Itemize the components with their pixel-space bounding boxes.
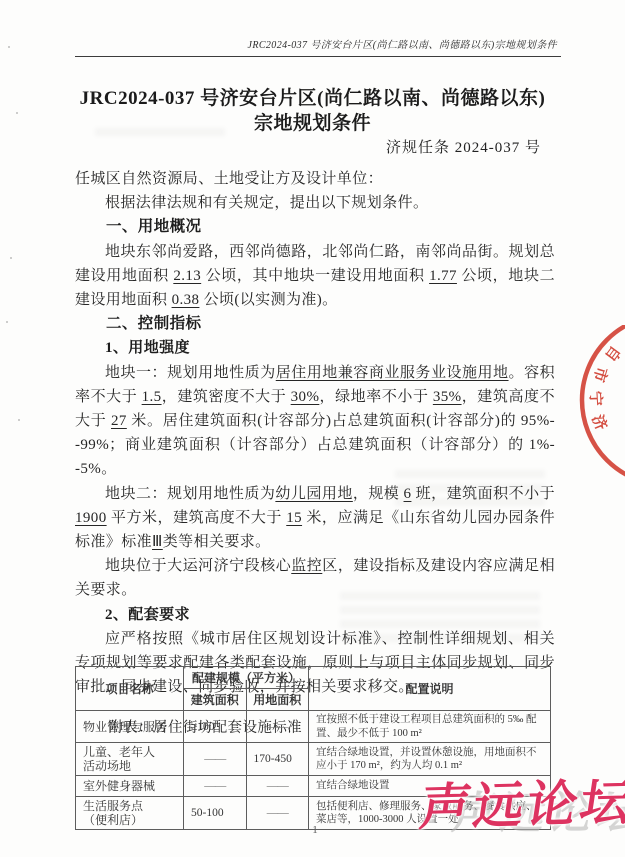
underlined-value: 居住用地兼容商业服务业设施用地 <box>276 365 509 381</box>
section-heading: 一、用地概况 <box>75 215 555 239</box>
scan-smudge <box>95 128 225 141</box>
official-seal-partial: 自市宁济 <box>579 325 625 485</box>
table-header-project: 项目名称 <box>76 667 184 711</box>
underlined-value: 幼儿园用地 <box>275 486 352 502</box>
scan-speck <box>16 112 18 114</box>
paragraph: 地块东邻尚爱路，西邻尚德路，北邻尚仁路，南邻尚品街。规划总建设用地面积 2.13… <box>75 240 555 313</box>
cell-project-name: 生活服务点（便利店） <box>76 797 184 830</box>
table-row: 物业管理与服务≥100——宜按照不低于建设工程项目总建筑面积的 5‰ 配置、最少… <box>76 711 551 743</box>
text-run: 公顷(以实测为准)。 <box>199 292 337 308</box>
underlined-value: 2.13 <box>173 268 201 284</box>
sub-heading: 1、用地强度 <box>75 336 555 360</box>
table-row: 儿童、老年人活动场地——170-450宜结合绿地设置，并设置休憩设施，用地面积不… <box>76 743 551 776</box>
text-run: 二、控制指标 <box>106 315 201 332</box>
cell-floor-area: —— <box>184 743 247 776</box>
underlined-value: 30% <box>291 389 320 405</box>
text-run: 地块一：规划用地性质为 <box>105 365 276 381</box>
table-header-scale-group: 配建规模（平方米） <box>184 667 309 689</box>
cell-description: 宜结合绿地设置，并设置休憩设施，用地面积不应小于 170 m²，约为人均 0.1… <box>309 743 551 776</box>
scan-smudge <box>340 592 540 648</box>
underlined-value: Ⅲ <box>152 534 163 550</box>
cell-land-area: —— <box>246 776 309 797</box>
table-header-description: 配置说明 <box>309 667 551 711</box>
underlined-value: 0.38 <box>172 292 200 308</box>
document-title-line1: JRC2024-037 号济安台片区(尚仁路以南、尚德路以东) <box>80 88 546 109</box>
scan-speck <box>8 46 10 48</box>
underlined-value: 27 <box>111 413 127 429</box>
cell-project-name: 儿童、老年人活动场地 <box>76 743 184 776</box>
watermark: 声远论坛 <box>417 777 625 833</box>
text-run: ，建筑密度不大于 <box>162 389 291 405</box>
cell-land-area: 170-450 <box>246 743 309 776</box>
document-page: JRC2024-037 号济安台片区(尚仁路以南、尚德路以东)宗地规划条件 JR… <box>0 0 625 857</box>
section-heading: 二、控制指标 <box>75 312 555 336</box>
document-body: 任城区自然资源局、土地受让方及设计单位：根据法律法规和有关规定，提出以下规划条件… <box>75 167 555 741</box>
table-header-floor-area: 建筑面积 <box>184 689 247 711</box>
header-rule <box>75 56 561 57</box>
text-run: 平方米，建筑高度不大于 <box>107 510 287 526</box>
cell-land-area: —— <box>246 797 309 830</box>
underlined-value: 15 <box>286 510 302 526</box>
scan-speck <box>6 321 8 323</box>
text-run: 地块位于大运河济宁段核心 <box>105 558 291 574</box>
paragraph: 根据法律法规和有关规定，提出以下规划条件。 <box>75 191 555 215</box>
paragraph: 地块一：规划用地性质为居住用地兼容商业服务业设施用地。容积率不大于 1.5，建筑… <box>75 361 555 482</box>
running-header: JRC2024-037 号济安台片区(尚仁路以南、尚德路以东)宗地规划条件 <box>247 36 557 51</box>
text-run: 一、用地概况 <box>106 218 201 235</box>
text-run: 公顷，其中地块一建设用地面积 <box>201 268 429 284</box>
cell-floor-area: —— <box>184 776 247 797</box>
scan-smudge <box>395 470 545 508</box>
scan-speck <box>10 257 12 259</box>
table-header-land-area: 用地面积 <box>246 689 309 711</box>
document-title-line2: 宗地规划条件 <box>254 113 371 134</box>
cell-project-name: 物业管理与服务 <box>76 711 184 743</box>
cell-floor-area: 50-100 <box>184 797 247 830</box>
salutation-line: 任城区自然资源局、土地受让方及设计单位： <box>75 167 555 191</box>
text-run: 2、配套要求 <box>105 607 190 623</box>
text-run: 米。居住建筑面积(计容部分)占总建筑面积(计容部分)的 95%--99%；商业建… <box>75 413 555 477</box>
underlined-value: 1.5 <box>142 389 162 405</box>
text-run: 地块二：规划用地性质为 <box>105 486 275 502</box>
underlined-value: 35% <box>433 389 462 405</box>
cell-land-area: —— <box>246 711 309 743</box>
underlined-value: 监控 <box>291 558 322 574</box>
underlined-value: 1900 <box>75 510 107 526</box>
scan-speck <box>18 419 20 421</box>
cell-project-name: 室外健身器械 <box>76 776 184 797</box>
underlined-value: 1.77 <box>429 268 457 284</box>
cell-description: 宜按照不低于建设工程项目总建筑面积的 5‰ 配置、最少不低于 100 m² <box>309 711 551 743</box>
cell-floor-area: ≥100 <box>184 711 247 743</box>
text-run: 任城区自然资源局、土地受让方及设计单位： <box>75 171 383 187</box>
text-run: 根据法律法规和有关规定，提出以下规划条件。 <box>105 195 428 211</box>
text-run: 1、用地强度 <box>105 340 190 356</box>
text-run: 类等相关要求。 <box>163 534 271 550</box>
text-run: ，绿地率不小于 <box>319 389 433 405</box>
